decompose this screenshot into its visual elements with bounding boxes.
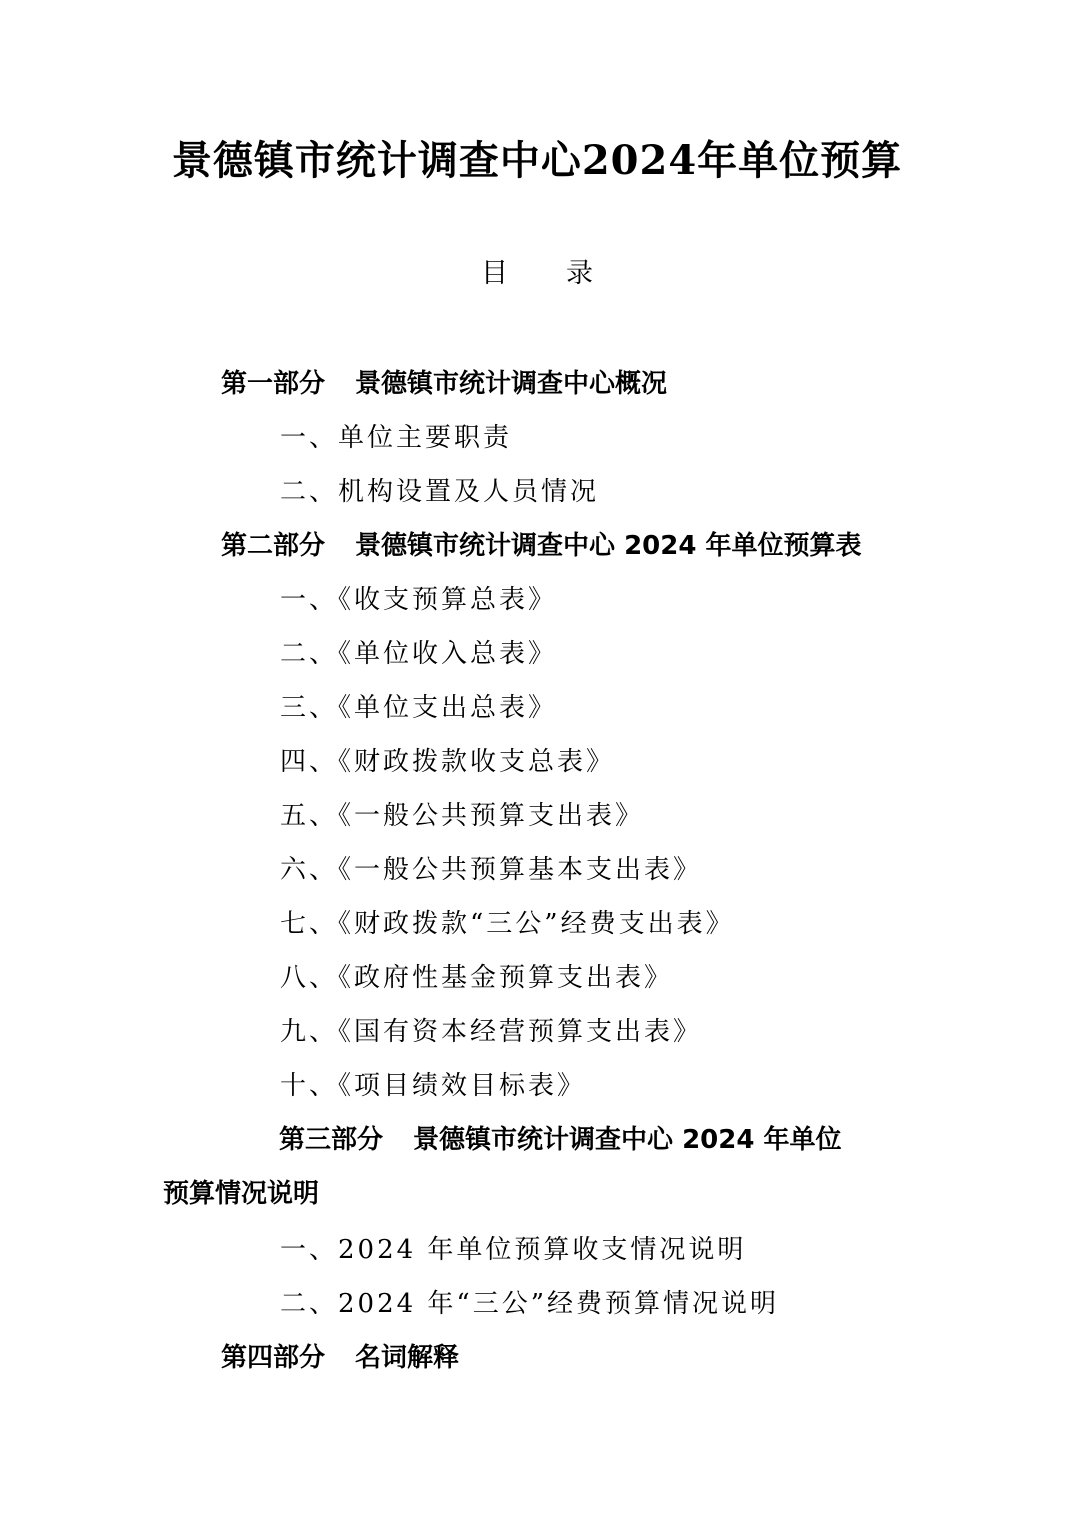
toc-heading-char-2: 录 <box>566 258 593 289</box>
part-label: 第一部分 <box>221 364 325 404</box>
toc-item[interactable]: 一、单位主要职责 <box>280 418 512 458</box>
document-title: 景德镇市统计调查中心2024年单位预算 <box>0 135 1074 187</box>
toc-item[interactable]: 九、《国有资本经营预算支出表》 <box>280 1012 702 1052</box>
toc-item[interactable]: 四、《财政拨款收支总表》 <box>280 742 615 782</box>
toc-item[interactable]: 二、《单位收入总表》 <box>280 634 557 674</box>
toc-item[interactable]: 一、2024 年单位预算收支情况说明 <box>280 1230 746 1270</box>
toc-part-2[interactable]: 第二部分景德镇市统计调查中心 2024 年单位预算表 <box>221 526 861 566</box>
toc-item[interactable]: 三、《单位支出总表》 <box>280 688 557 728</box>
toc-part-4[interactable]: 第四部分名词解释 <box>221 1338 459 1378</box>
toc-item[interactable]: 十、《项目绩效目标表》 <box>280 1066 586 1106</box>
toc-item[interactable]: 七、《财政拨款“三公”经费支出表》 <box>280 904 735 944</box>
toc-item[interactable]: 八、《政府性基金预算支出表》 <box>280 958 673 998</box>
part-label: 第三部分 <box>221 1113 383 1167</box>
toc-item[interactable]: 二、机构设置及人员情况 <box>280 472 599 512</box>
part-title: 名词解释 <box>355 1343 459 1373</box>
toc-item[interactable]: 一、《收支预算总表》 <box>280 580 557 620</box>
toc-item[interactable]: 二、2024 年“三公”经费预算情况说明 <box>280 1284 779 1324</box>
toc-part-3[interactable]: 第三部分景德镇市统计调查中心 2024 年单位预算情况说明 <box>163 1113 863 1221</box>
toc-heading-char-1: 目 <box>481 258 508 289</box>
document-page: 景德镇市统计调查中心2024年单位预算 目录 第一部分景德镇市统计调查中心概况 … <box>0 0 1074 1520</box>
toc-item[interactable]: 六、《一般公共预算基本支出表》 <box>280 850 702 890</box>
toc-part-1[interactable]: 第一部分景德镇市统计调查中心概况 <box>221 364 667 404</box>
toc-item[interactable]: 五、《一般公共预算支出表》 <box>280 796 644 836</box>
part-label: 第二部分 <box>221 526 325 566</box>
part-title: 景德镇市统计调查中心概况 <box>355 369 667 399</box>
part-title: 景德镇市统计调查中心 2024 年单位预算表 <box>355 531 861 561</box>
part-label: 第四部分 <box>221 1338 325 1378</box>
toc-heading: 目录 <box>0 254 1074 294</box>
